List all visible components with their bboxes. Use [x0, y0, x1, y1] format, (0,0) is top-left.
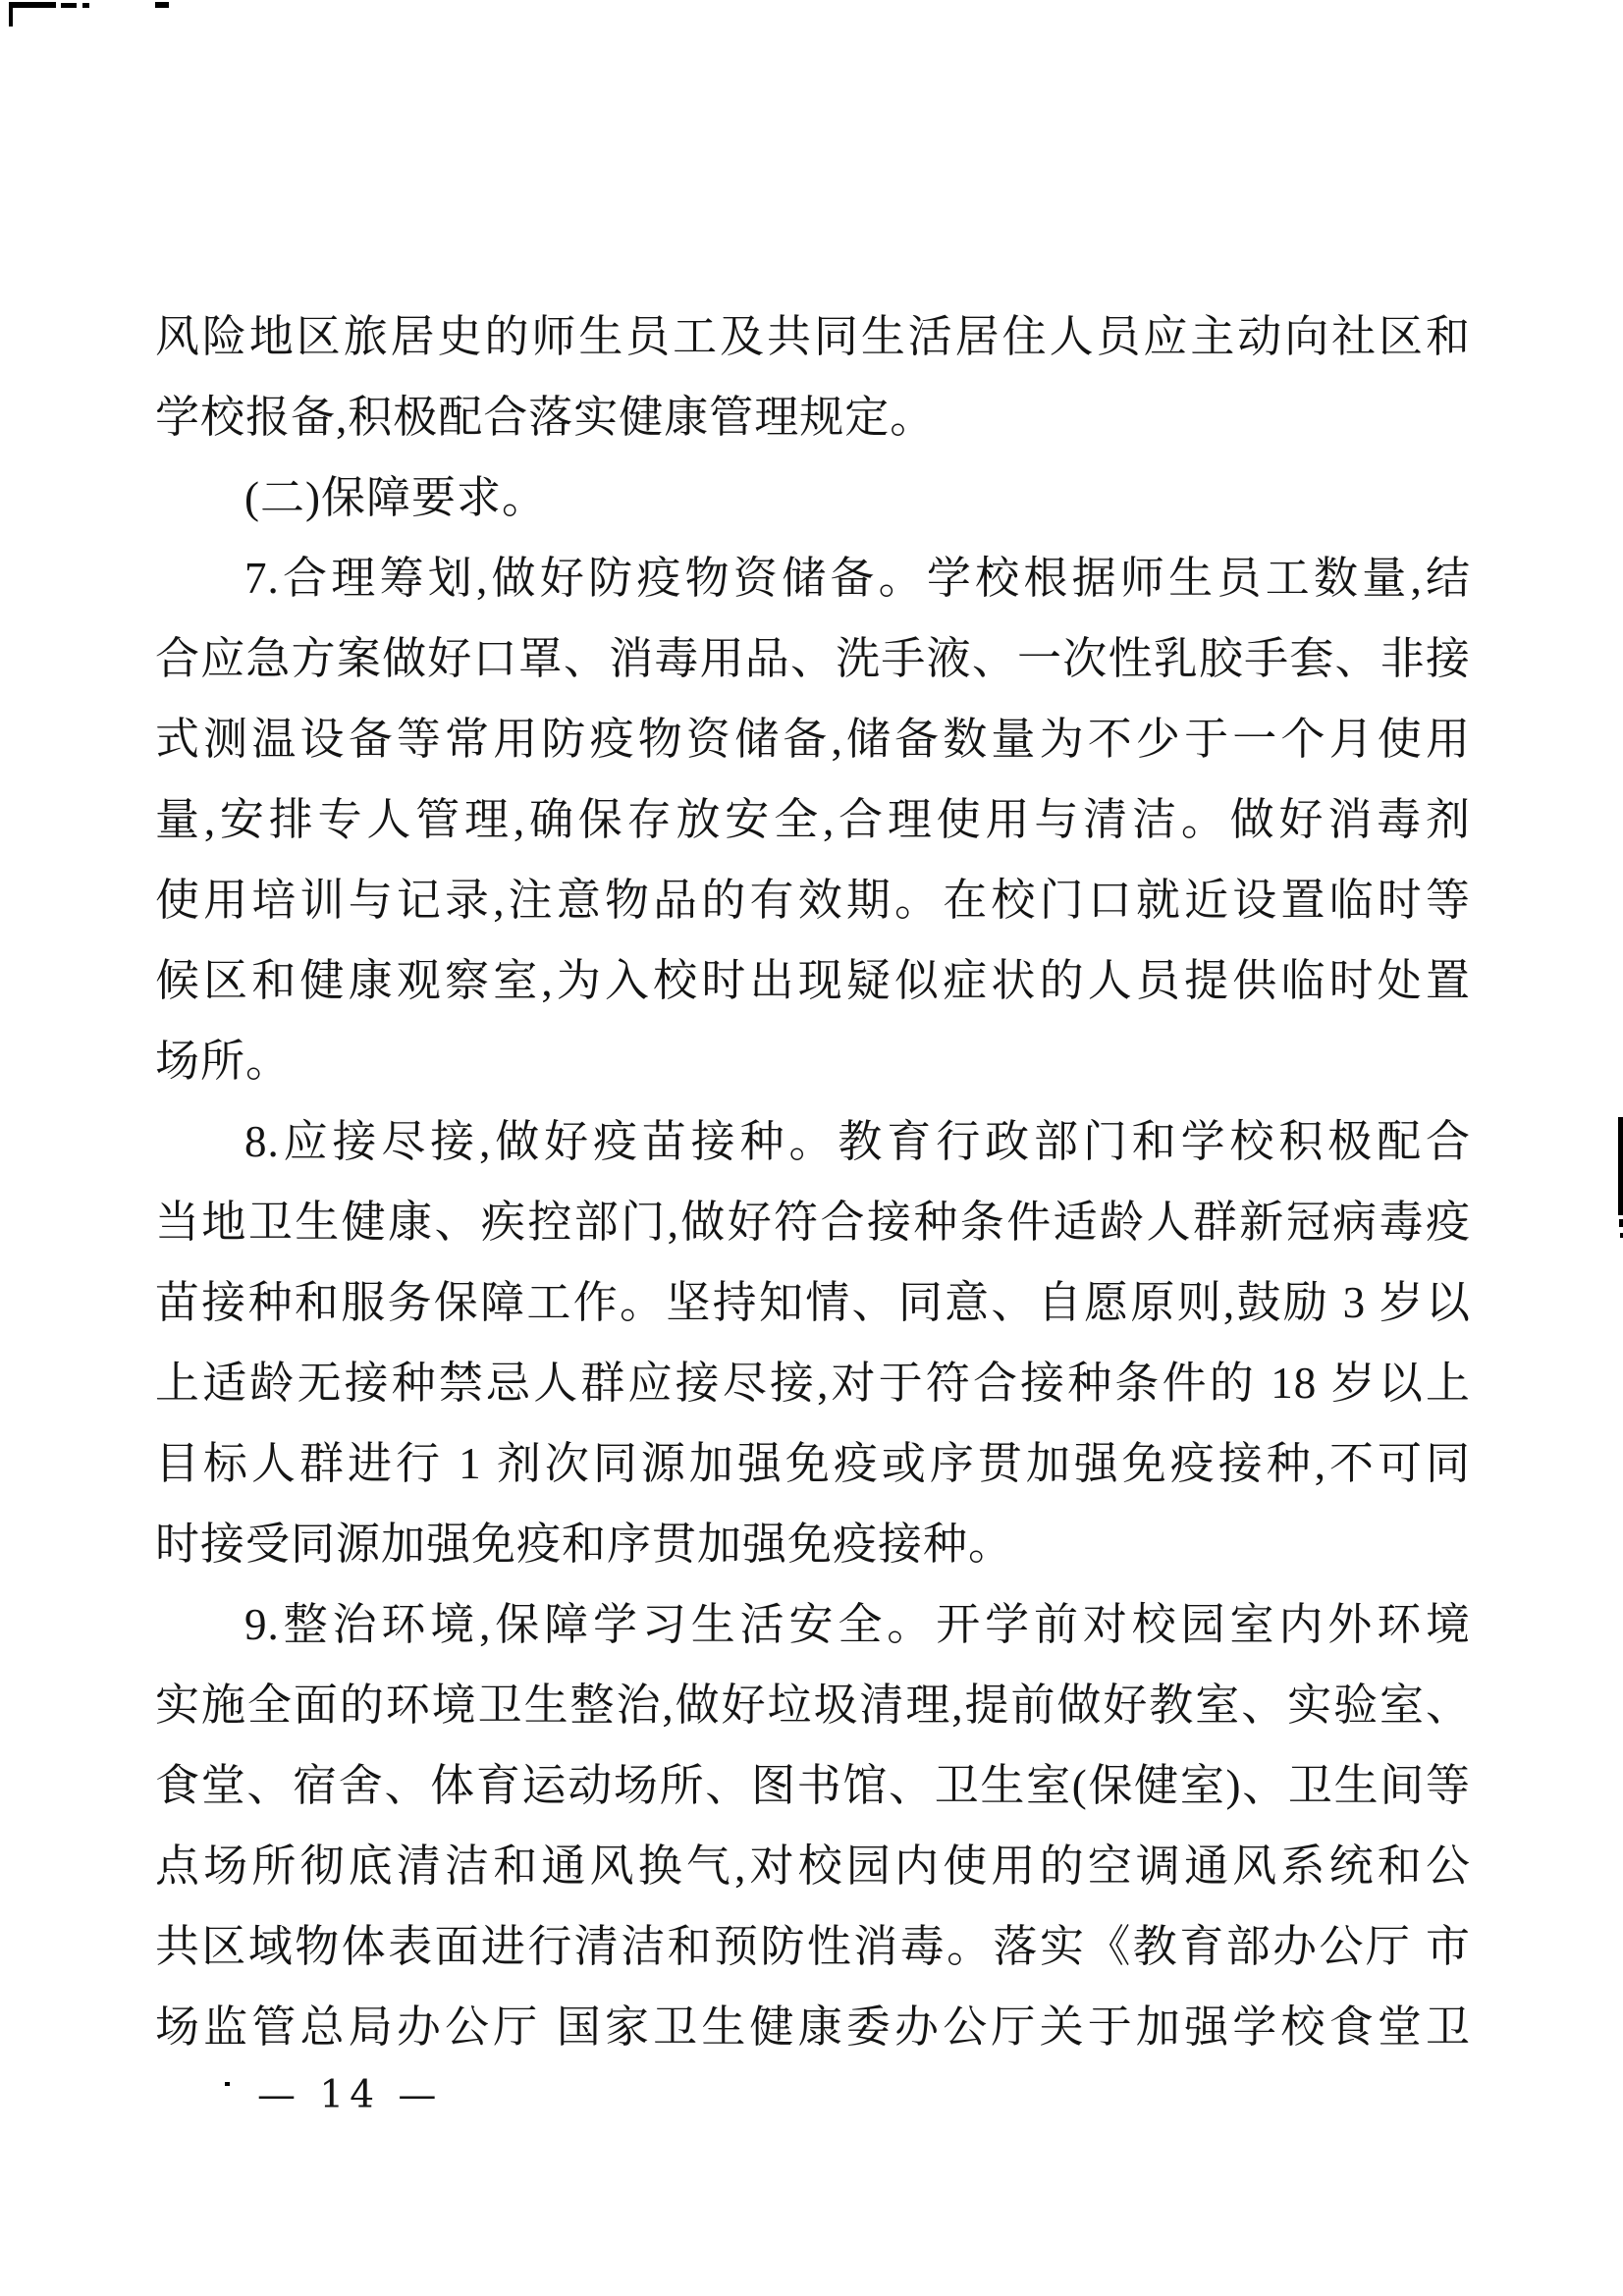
text-lines: 风险地区旅居史的师生员工及共同生活居住人员应主动向社区和学校报备,积极配合落实健… — [155, 296, 1471, 2067]
text-line: 实施全面的环境卫生整治,做好垃圾清理,提前做好教室、实验室、 — [155, 1665, 1471, 1745]
text-line: 量,安排专人管理,确保存放安全,合理使用与清洁。做好消毒剂 — [155, 779, 1471, 860]
text-line: 风险地区旅居史的师生员工及共同生活居住人员应主动向社区和 — [155, 296, 1471, 377]
text-line: 共区域物体表面进行清洁和预防性消毒。落实《教育部办公厅 市 — [155, 1906, 1471, 1987]
text-line: 7.合理筹划,做好防疫物资储备。学校根据师生员工数量,结 — [155, 538, 1471, 618]
text-line: 学校报备,积极配合落实健康管理规定。 — [155, 377, 1471, 457]
text-line: 苗接种和服务保障工作。坚持知情、同意、自愿原则,鼓励 3 岁以 — [155, 1262, 1471, 1343]
scan-artifact-corner — [13, 2, 56, 8]
text-line: 合应急方案做好口罩、消毒用品、洗手液、一次性乳胶手套、非接触 — [155, 618, 1471, 699]
text-line: 8.应接尽接,做好疫苗接种。教育行政部门和学校积极配合 — [155, 1101, 1471, 1182]
scan-artifact-dot — [225, 2082, 230, 2086]
text-line: 时接受同源加强免疫和序贯加强免疫接种。 — [155, 1504, 1471, 1584]
text-line: 场监管总局办公厅 国家卫生健康委办公厅关于加强学校食堂卫 — [155, 1987, 1471, 2067]
scan-artifact-corner — [82, 3, 89, 8]
text-line: 目标人群进行 1 剂次同源加强免疫或序贯加强免疫接种,不可同 — [155, 1423, 1471, 1504]
text-line: 上适龄无接种禁忌人群应接尽接,对于符合接种条件的 18 岁以上 — [155, 1343, 1471, 1423]
scan-artifact-right-edge — [1619, 1219, 1623, 1227]
text-line: 式测温设备等常用防疫物资储备,储备数量为不少于一个月使用 — [155, 699, 1471, 779]
page-number: — 14 — — [257, 2071, 442, 2120]
text-line: 场所。 — [155, 1021, 1471, 1101]
scan-artifact-corner — [155, 2, 169, 8]
scan-artifact-corner — [61, 3, 77, 8]
text-line: 当地卫生健康、疾控部门,做好符合接种条件适龄人群新冠病毒疫 — [155, 1182, 1471, 1262]
text-line: 点场所彻底清洁和通风换气,对校园内使用的空调通风系统和公 — [155, 1826, 1471, 1906]
text-line: 使用培训与记录,注意物品的有效期。在校门口就近设置临时等 — [155, 860, 1471, 940]
text-line: (二)保障要求。 — [155, 457, 1471, 538]
text-line: 食堂、宿舍、体育运动场所、图书馆、卫生室(保健室)、卫生间等重 — [155, 1745, 1471, 1826]
text-line: 9.整治环境,保障学习生活安全。开学前对校园室内外环境 — [155, 1584, 1471, 1665]
text-line: 候区和健康观察室,为入校时出现疑似症状的人员提供临时处置 — [155, 940, 1471, 1021]
scan-artifact-right-edge — [1618, 1117, 1623, 1215]
document-page: 风险地区旅居史的师生员工及共同生活居住人员应主动向社区和学校报备,积极配合落实健… — [0, 0, 1623, 2296]
